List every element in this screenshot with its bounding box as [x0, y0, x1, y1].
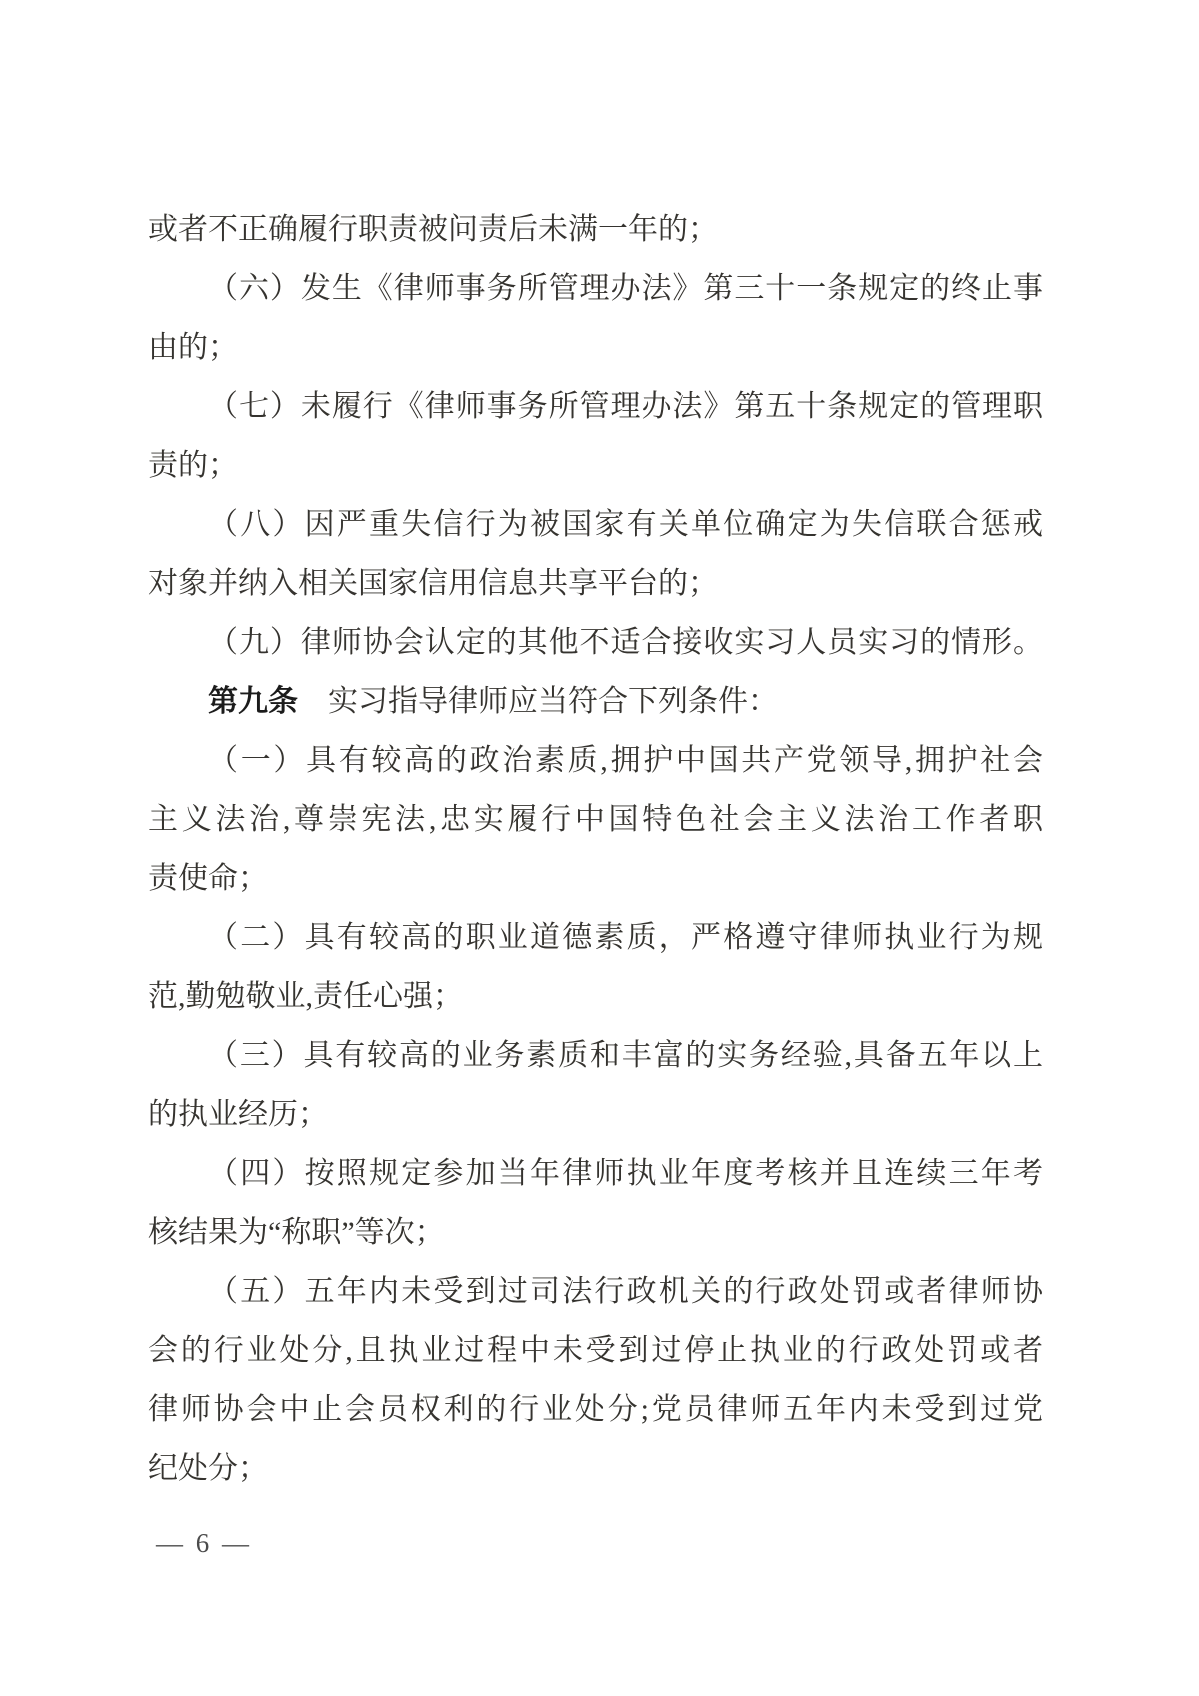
text-line: （八）因严重失信行为被国家有关单位确定为失信联合惩戒	[148, 495, 1043, 554]
text-line: （五）五年内未受到过司法行政机关的行政处罚或者律师协	[148, 1262, 1043, 1321]
text-line: 责使命；	[148, 849, 1043, 908]
text-line: 由的；	[148, 318, 1043, 377]
text-line: 范,勤勉敬业,责任心强；	[148, 967, 1043, 1026]
text-line: （三）具有较高的业务素质和丰富的实务经验,具备五年以上	[148, 1026, 1043, 1085]
text-line: （二）具有较高的职业道德素质，严格遵守律师执业行为规	[148, 908, 1043, 967]
text-line: 或者不正确履行职责被问责后未满一年的；	[148, 200, 1043, 259]
text-line: 主义法治,尊崇宪法,忠实履行中国特色社会主义法治工作者职	[148, 790, 1043, 849]
document-body: 或者不正确履行职责被问责后未满一年的；（六）发生《律师事务所管理办法》第三十一条…	[148, 200, 1043, 1498]
text-line: （七）未履行《律师事务所管理办法》第五十条规定的管理职	[148, 377, 1043, 436]
text-line: （六）发生《律师事务所管理办法》第三十一条规定的终止事	[148, 259, 1043, 318]
text-line: 的执业经历；	[148, 1085, 1043, 1144]
article-title-text: 实习指导律师应当符合下列条件：	[298, 685, 778, 718]
text-line: （九）律师协会认定的其他不适合接收实习人员实习的情形。	[148, 613, 1043, 672]
text-line: （四）按照规定参加当年律师执业年度考核并且连续三年考	[148, 1144, 1043, 1203]
text-line: 第九条 实习指导律师应当符合下列条件：	[148, 672, 1043, 731]
text-line: 对象并纳入相关国家信用信息共享平台的；	[148, 554, 1043, 613]
article-number: 第九条	[208, 685, 298, 718]
text-line: 核结果为“称职”等次；	[148, 1203, 1043, 1262]
text-line: （一）具有较高的政治素质,拥护中国共产党领导,拥护社会	[148, 731, 1043, 790]
text-line: 律师协会中止会员权利的行业处分;党员律师五年内未受到过党	[148, 1380, 1043, 1439]
document-page: 或者不正确履行职责被问责后未满一年的；（六）发生《律师事务所管理办法》第三十一条…	[0, 0, 1199, 1696]
text-line: 会的行业处分,且执业过程中未受到过停止执业的行政处罚或者	[148, 1321, 1043, 1380]
text-line: 纪处分；	[148, 1439, 1043, 1498]
text-line: 责的；	[148, 436, 1043, 495]
page-number: — 6 —	[156, 1523, 252, 1563]
